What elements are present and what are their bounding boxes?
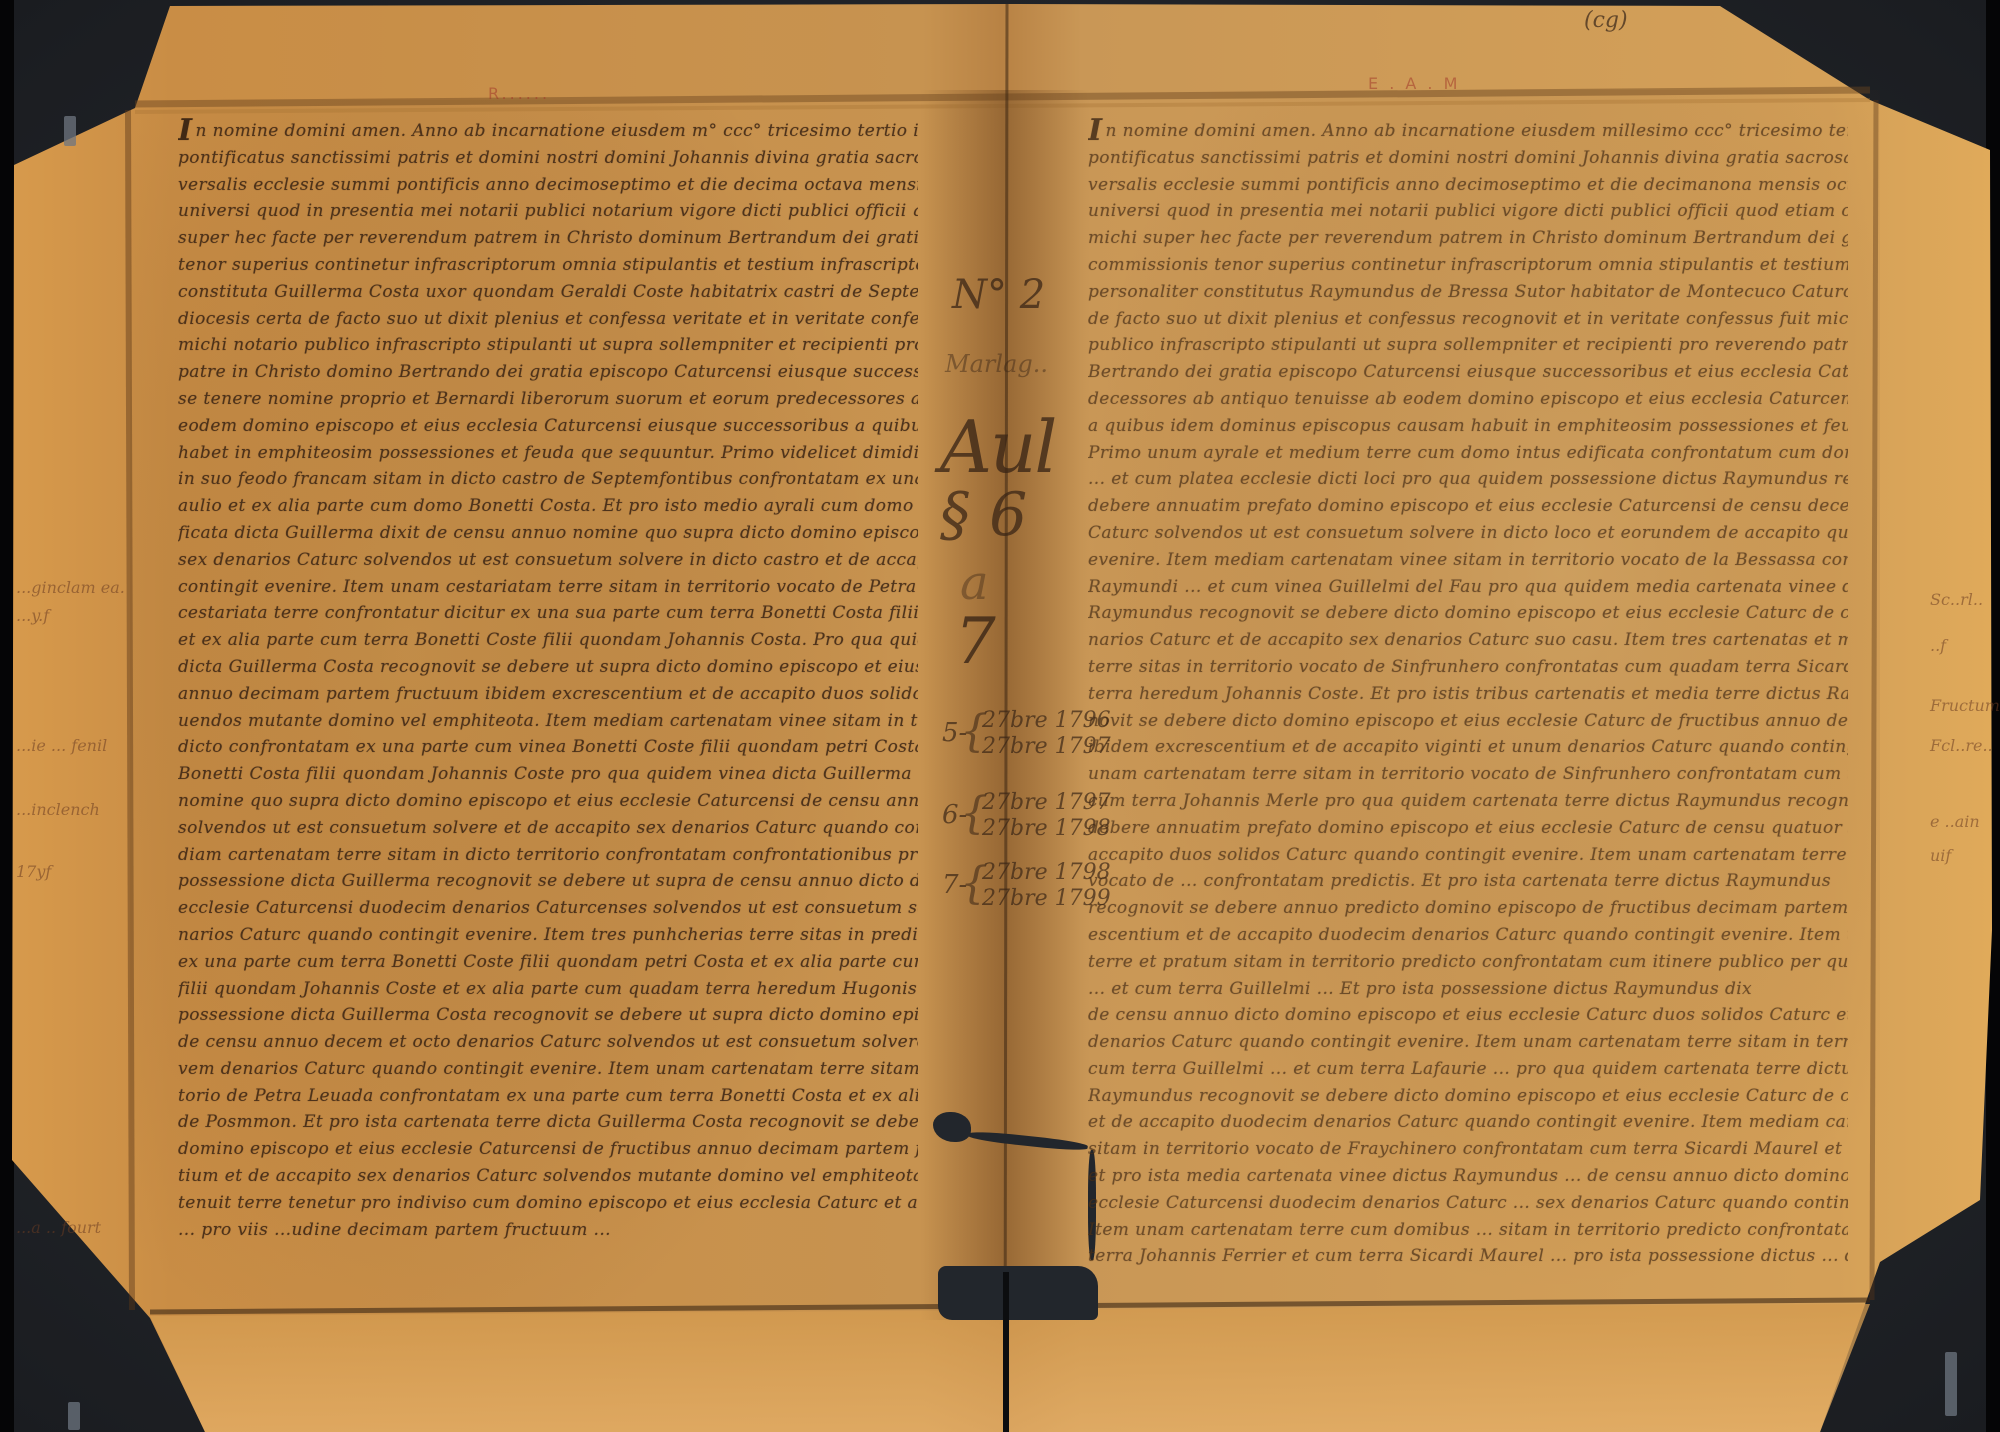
manuscript-line-text: super hec facte per reverendum patrem in…: [178, 228, 918, 248]
manuscript-line-text: nomine quo supra dicto domino episcopo e…: [178, 791, 918, 811]
manuscript-line: ecclesie Caturcensi duodecim denarios Ca…: [178, 895, 918, 922]
manuscript-line: possessione dicta Guillerma recognovit s…: [178, 868, 918, 895]
manuscript-line-text: sitam in territorio vocato de Fraychiner…: [1088, 1139, 1848, 1159]
manuscript-line-text: universi quod in presentia mei notarii p…: [178, 201, 918, 221]
manuscript-line: vem denarios Caturc quando contingit eve…: [178, 1056, 918, 1083]
decorated-initial: I: [178, 118, 192, 145]
manuscript-line-text: cum terra Guillelmi ... et cum terra Laf…: [1088, 1059, 1848, 1079]
manuscript-line: ... pro viis ...udine decimam partem fru…: [178, 1217, 918, 1244]
manuscript-line: Caturc solvendos ut est consuetum solver…: [1088, 520, 1848, 547]
red-archive-stamp-right: E . A . M: [1368, 74, 1460, 93]
decorated-initial: I: [1088, 118, 1102, 145]
manuscript-line-text: constituta Guillerma Costa uxor quondam …: [178, 282, 918, 302]
manuscript-line-text: recognovit se debere annuo predicto domi…: [1088, 898, 1848, 918]
manuscript-line-text: possessione dicta Guillerma recognovit s…: [178, 871, 918, 891]
manuscript-line-text: debere annuatim prefato domino episcopo …: [1088, 818, 1848, 838]
manuscript-line-text: cestariata terre confrontatur dicitur ex…: [178, 603, 918, 623]
gutter-date-range-6: 6- { 27bre 1797 27bre 1798: [942, 790, 1111, 842]
manuscript-line: decessores ab antiquo tenuisse ab eodem …: [1088, 386, 1848, 413]
manuscript-line-text: commissionis tenor superius continetur i…: [1088, 255, 1848, 275]
manuscript-line: torio de Petra Leuada confrontatam ex un…: [178, 1083, 918, 1110]
manuscript-line: tenor superius continetur infrascriptoru…: [178, 252, 918, 279]
gutter-large-mark: Aul: [940, 405, 1055, 489]
manuscript-line: patre in Christo domino Bertrando dei gr…: [178, 359, 918, 386]
manuscript-line: ex una parte cum terra Bonetti Coste fil…: [178, 949, 918, 976]
manuscript-line-text: personaliter constitutus Raymundus de Br…: [1088, 282, 1848, 302]
manuscript-line-text: contingit evenire. Item unam cestariatam…: [178, 577, 918, 597]
margin-note: 17yf: [16, 862, 51, 881]
manuscript-line: Primo unum ayrale et medium terre cum do…: [1088, 440, 1848, 467]
scan-calibration-mark-left-bottom: [68, 1402, 80, 1430]
manuscript-line: unam cartenatam terre sitam in territori…: [1088, 761, 1848, 788]
manuscript-line-text: et ex alia parte cum terra Bonetti Coste…: [178, 630, 918, 650]
manuscript-line: annuo decimam partem fructuum ibidem exc…: [178, 681, 918, 708]
manuscript-line-text: annuo decimam partem fructuum ibidem exc…: [178, 684, 918, 704]
margin-note: Sc..rl..: [1930, 590, 1983, 609]
gutter-small-mark: a: [960, 555, 989, 611]
manuscript-line: vocato de ... confrontatam predictis. Et…: [1088, 868, 1848, 895]
manuscript-line: a quibus idem dominus episcopus causam h…: [1088, 413, 1848, 440]
margin-note: e ..ain: [1930, 812, 1980, 831]
manuscript-line-text: solvendos ut est consuetum solvere et de…: [178, 818, 918, 838]
manuscript-line: nomine quo supra dicto domino episcopo e…: [178, 788, 918, 815]
margin-note: ..f: [1930, 636, 1946, 655]
manuscript-line-text: diam cartenatam terre sitam in dicto ter…: [178, 845, 918, 865]
manuscript-line-text: sex denarios Caturc solvendos ut est con…: [178, 550, 918, 570]
gutter-date-range-5: 5- { 27bre 1796 27bre 1797: [942, 708, 1111, 760]
manuscript-line: de Posmmon. Et pro ista cartenata terre …: [178, 1109, 918, 1136]
manuscript-line-text: ficata dicta Guillerma dixit de censu an…: [178, 523, 918, 543]
manuscript-line-text: Bonetti Costa filii quondam Johannis Cos…: [178, 764, 918, 784]
manuscript-line: possessione dicta Guillerma Costa recogn…: [178, 1002, 918, 1029]
manuscript-line: pontificatus sanctissimi patris et domin…: [178, 145, 918, 172]
manuscript-line-text: n nomine domini amen. Anno ab incarnatio…: [195, 121, 918, 141]
manuscript-line: ... et cum terra Guillelmi ... Et pro is…: [1088, 976, 1848, 1003]
manuscript-line-text: evenire. Item mediam cartenatam vinee si…: [1088, 550, 1848, 570]
manuscript-line: pontificatus sanctissimi patris et domin…: [1088, 145, 1848, 172]
manuscript-line-text: ecclesie Caturcensi duodecim denarios Ca…: [178, 898, 918, 918]
manuscript-line: et ex alia parte cum terra Bonetti Coste…: [178, 627, 918, 654]
manuscript-line-text: terra Johannis Ferrier et cum terra Sica…: [1088, 1246, 1848, 1266]
manuscript-line-text: tenuit terre tenetur pro indiviso cum do…: [178, 1193, 918, 1213]
curly-brace-glyph: {: [960, 710, 988, 754]
manuscript-line: commissionis tenor superius continetur i…: [1088, 252, 1848, 279]
fold-gap-lower: [1003, 1272, 1009, 1432]
manuscript-line: novit se debere dicto domino episcopo et…: [1088, 708, 1848, 735]
scan-calibration-mark-left-top: [64, 116, 76, 146]
manuscript-line-text: de censu annuo decem et octo denarios Ca…: [178, 1032, 918, 1052]
gutter-date-range-7: 7- { 27bre 1798 27bre 1799: [942, 860, 1111, 912]
manuscript-line: versalis ecclesie summi pontificis anno …: [1088, 172, 1848, 199]
manuscript-line-text: dicto confrontatam ex una parte cum vine…: [178, 737, 918, 757]
manuscript-line-text: diocesis certa de facto suo ut dixit ple…: [178, 309, 918, 329]
manuscript-line: narios Caturc quando contingit evenire. …: [178, 922, 918, 949]
manuscript-line: Bertrando dei gratia episcopo Caturcensi…: [1088, 359, 1848, 386]
manuscript-line: Item unam cartenatam terre cum domibus .…: [1088, 1217, 1848, 1244]
left-page-text-block: In nomine domini amen. Anno ab incarnati…: [178, 118, 918, 1318]
manuscript-line-text: a quibus idem dominus episcopus causam h…: [1088, 416, 1848, 436]
manuscript-line: versalis ecclesie summi pontificis anno …: [178, 172, 918, 199]
manuscript-line-text: narios Caturc quando contingit evenire. …: [178, 925, 918, 945]
manuscript-line-text: tium et de accapito sex denarios Caturc …: [178, 1166, 918, 1186]
manuscript-line: uendos mutante domino vel emphiteota. It…: [178, 708, 918, 735]
manuscript-line-text: dicta Guillerma Costa recognovit se debe…: [178, 657, 918, 677]
manuscript-line: narios Caturc et de accapito sex denario…: [1088, 627, 1848, 654]
manuscript-line: diam cartenatam terre sitam in dicto ter…: [178, 842, 918, 869]
manuscript-line: et de accapito duodecim denarios Caturc …: [1088, 1109, 1848, 1136]
margin-note: ...ginclam ea.: [16, 578, 125, 597]
gutter-item-seven: 7: [955, 605, 996, 679]
manuscript-line: super hec facte per reverendum patrem in…: [178, 225, 918, 252]
manuscript-line-text: novit se debere dicto domino episcopo et…: [1088, 711, 1848, 731]
manuscript-line-text: ex una parte cum terra Bonetti Coste fil…: [178, 952, 918, 972]
manuscript-line-text: universi quod in presentia mei notarii p…: [1088, 201, 1848, 221]
manuscript-line-text: vocato de ... confrontatam predictis. Et…: [1088, 871, 1831, 891]
manuscript-line-text: accapito duos solidos Caturc quando cont…: [1088, 845, 1848, 865]
manuscript-line: In nomine domini amen. Anno ab incarnati…: [1088, 118, 1848, 145]
manuscript-line: de facto suo ut dixit plenius et confess…: [1088, 306, 1848, 333]
manuscript-line-text: Raymundus recognovit se debere dicto dom…: [1088, 1086, 1848, 1106]
manuscript-line-text: ... et cum terra Guillelmi ... Et pro is…: [1088, 979, 1752, 999]
manuscript-line: in suo feodo francam sitam in dicto cast…: [178, 466, 918, 493]
manuscript-line-text: ibidem excrescentium et de accapito vigi…: [1088, 737, 1848, 757]
manuscript-line: diocesis certa de facto suo ut dixit ple…: [178, 306, 918, 333]
manuscript-line: cum terra Guillelmi ... et cum terra Laf…: [1088, 1056, 1848, 1083]
parchment-hole-lower: [938, 1266, 1098, 1320]
manuscript-line: se tenere nomine proprio et Bernardi lib…: [178, 386, 918, 413]
manuscript-line-text: versalis ecclesie summi pontificis anno …: [1088, 175, 1848, 195]
margin-note: ...inclench: [16, 800, 100, 819]
manuscript-line: publico infrascripto stipulanti ut supra…: [1088, 332, 1848, 359]
gutter-number-label: N° 2: [952, 272, 1045, 318]
manuscript-line: Raymundi ... et cum vinea Guillelmi del …: [1088, 574, 1848, 601]
manuscript-line: de censu annuo decem et octo denarios Ca…: [178, 1029, 918, 1056]
manuscript-line: contingit evenire. Item unam cestariatam…: [178, 574, 918, 601]
curly-brace-glyph: {: [960, 792, 988, 836]
manuscript-line: accapito duos solidos Caturc quando cont…: [1088, 842, 1848, 869]
manuscript-line-text: de censu annuo dicto domino episcopo et …: [1088, 1005, 1848, 1025]
manuscript-line: terra heredum Johannis Coste. Et pro ist…: [1088, 681, 1848, 708]
manuscript-line: Bonetti Costa filii quondam Johannis Cos…: [178, 761, 918, 788]
manuscript-line-text: domino episcopo et eius ecclesie Caturce…: [178, 1139, 918, 1159]
scan-calibration-mark-right-bottom: [1945, 1352, 1957, 1416]
manuscript-line-text: de facto suo ut dixit plenius et confess…: [1088, 309, 1848, 329]
manuscript-line-text: narios Caturc et de accapito sex denario…: [1088, 630, 1848, 650]
manuscript-line-text: Bertrando dei gratia episcopo Caturcensi…: [1088, 362, 1848, 382]
manuscript-line: debere annuatim prefato domino episcopo …: [1088, 815, 1848, 842]
manuscript-line-text: tenor superius continetur infrascriptoru…: [178, 255, 918, 275]
manuscript-line: Raymundus recognovit se debere dicto dom…: [1088, 1083, 1848, 1110]
manuscript-line: sitam in territorio vocato de Fraychiner…: [1088, 1136, 1848, 1163]
manuscript-line: tium et de accapito sex denarios Caturc …: [178, 1163, 918, 1190]
manuscript-line-text: filii quondam Johannis Coste et ex alia …: [178, 979, 918, 999]
gutter-item-six: § 6: [940, 480, 1027, 550]
manuscript-line: tenuit terre tenetur pro indiviso cum do…: [178, 1190, 918, 1217]
manuscript-line-text: vem denarios Caturc quando contingit eve…: [178, 1059, 918, 1079]
manuscript-line-text: escentium et de accapito duodecim denari…: [1088, 925, 1848, 945]
manuscript-line-text: aulio et ex alia parte cum domo Bonetti …: [178, 496, 918, 516]
gutter-faint-word: Marlag..: [945, 350, 1048, 378]
manuscript-line: cestariata terre confrontatur dicitur ex…: [178, 600, 918, 627]
manuscript-line-text: debere annuatim prefato domino episcopo …: [1088, 496, 1848, 516]
manuscript-line: universi quod in presentia mei notarii p…: [1088, 198, 1848, 225]
manuscript-line-text: terre sitas in territorio vocato de Sinf…: [1088, 657, 1848, 677]
manuscript-line: solvendos ut est consuetum solvere et de…: [178, 815, 918, 842]
manuscript-line-text: in suo feodo francam sitam in dicto cast…: [178, 469, 918, 489]
folio-number: (cg): [1584, 8, 1628, 33]
manuscript-line: cum terra Johannis Merle pro qua quidem …: [1088, 788, 1848, 815]
margin-note: uif: [1930, 846, 1951, 865]
manuscript-line-text: terre et pratum sitam in territorio pred…: [1088, 952, 1848, 972]
red-archive-stamp-left: R......: [488, 84, 550, 103]
manuscript-line: terra Johannis Ferrier et cum terra Sica…: [1088, 1243, 1848, 1270]
margin-note: ...ie ... fenil: [16, 736, 107, 755]
manuscript-line-text: michi super hec facte per reverendum pat…: [1088, 228, 1848, 248]
manuscript-line: dicto confrontatam ex una parte cum vine…: [178, 734, 918, 761]
manuscript-line-text: et pro ista media cartenata vinee dictus…: [1088, 1166, 1848, 1186]
manuscript-line-text: ecclesie Caturcensi duodecim denarios Ca…: [1088, 1193, 1848, 1213]
manuscript-line-text: versalis ecclesie summi pontificis anno …: [178, 175, 918, 195]
manuscript-line-text: ... et cum platea ecclesie dicti loci pr…: [1088, 469, 1848, 489]
manuscript-line: habet in emphiteosim possessiones et feu…: [178, 440, 918, 467]
manuscript-line-text: n nomine domini amen. Anno ab incarnatio…: [1105, 121, 1848, 141]
manuscript-line: constituta Guillerma Costa uxor quondam …: [178, 279, 918, 306]
manuscript-line: In nomine domini amen. Anno ab incarnati…: [178, 118, 918, 145]
manuscript-line: ibidem excrescentium et de accapito vigi…: [1088, 734, 1848, 761]
manuscript-line: terre et pratum sitam in territorio pred…: [1088, 949, 1848, 976]
margin-note: ...y.f: [16, 606, 49, 625]
manuscript-line-text: eodem domino episcopo et eius ecclesia C…: [178, 416, 918, 436]
manuscript-line: ficata dicta Guillerma dixit de censu an…: [178, 520, 918, 547]
manuscript-line: universi quod in presentia mei notarii p…: [178, 198, 918, 225]
manuscript-line-text: torio de Petra Leuada confrontatam ex un…: [178, 1086, 918, 1106]
manuscript-line-text: unam cartenatam terre sitam in territori…: [1088, 764, 1848, 784]
manuscript-line: terre sitas in territorio vocato de Sinf…: [1088, 654, 1848, 681]
manuscript-line-text: denarios Caturc quando contingit evenire…: [1088, 1032, 1848, 1052]
manuscript-line: dicta Guillerma Costa recognovit se debe…: [178, 654, 918, 681]
manuscript-line: michi notario publico infrascripto stipu…: [178, 332, 918, 359]
manuscript-line-text: possessione dicta Guillerma Costa recogn…: [178, 1005, 918, 1025]
manuscript-line-text: Item unam cartenatam terre cum domibus .…: [1088, 1220, 1848, 1240]
manuscript-line: denarios Caturc quando contingit evenire…: [1088, 1029, 1848, 1056]
manuscript-line-text: patre in Christo domino Bertrando dei gr…: [178, 362, 918, 382]
manuscript-line-text: terra heredum Johannis Coste. Et pro ist…: [1088, 684, 1848, 704]
manuscript-line-text: Raymundus recognovit se debere dicto dom…: [1088, 603, 1848, 623]
manuscript-line-text: michi notario publico infrascripto stipu…: [178, 335, 918, 355]
manuscript-line-text: pontificatus sanctissimi patris et domin…: [178, 148, 918, 168]
manuscript-line-text: pontificatus sanctissimi patris et domin…: [1088, 148, 1848, 168]
margin-note: ...a .. fourt: [16, 1218, 101, 1237]
manuscript-line: escentium et de accapito duodecim denari…: [1088, 922, 1848, 949]
manuscript-line: ... et cum platea ecclesie dicti loci pr…: [1088, 466, 1848, 493]
manuscript-line-text: Raymundi ... et cum vinea Guillelmi del …: [1088, 577, 1848, 597]
margin-note: Fructum..: [1930, 696, 2000, 715]
manuscript-line: personaliter constitutus Raymundus de Br…: [1088, 279, 1848, 306]
curly-brace-glyph: {: [960, 862, 988, 906]
manuscript-line-text: Caturc solvendos ut est consuetum solver…: [1088, 523, 1848, 543]
manuscript-line: Raymundus recognovit se debere dicto dom…: [1088, 600, 1848, 627]
manuscript-line: evenire. Item mediam cartenatam vinee si…: [1088, 547, 1848, 574]
manuscript-line: domino episcopo et eius ecclesie Caturce…: [178, 1136, 918, 1163]
manuscript-line: recognovit se debere annuo predicto domi…: [1088, 895, 1848, 922]
manuscript-line-text: Primo unum ayrale et medium terre cum do…: [1088, 443, 1848, 463]
manuscript-line: debere annuatim prefato domino episcopo …: [1088, 493, 1848, 520]
manuscript-line-text: se tenere nomine proprio et Bernardi lib…: [178, 389, 918, 409]
manuscript-line: michi super hec facte per reverendum pat…: [1088, 225, 1848, 252]
manuscript-line: de censu annuo dicto domino episcopo et …: [1088, 1002, 1848, 1029]
manuscript-line-text: ... pro viis ...udine decimam partem fru…: [178, 1220, 611, 1240]
manuscript-line: ecclesie Caturcensi duodecim denarios Ca…: [1088, 1190, 1848, 1217]
manuscript-line: filii quondam Johannis Coste et ex alia …: [178, 976, 918, 1003]
manuscript-line: sex denarios Caturc solvendos ut est con…: [178, 547, 918, 574]
manuscript-line: et pro ista media cartenata vinee dictus…: [1088, 1163, 1848, 1190]
manuscript-line-text: publico infrascripto stipulanti ut supra…: [1088, 335, 1848, 355]
manuscript-line: eodem domino episcopo et eius ecclesia C…: [178, 413, 918, 440]
manuscript-line-text: habet in emphiteosim possessiones et feu…: [178, 443, 918, 463]
manuscript-line-text: et de accapito duodecim denarios Caturc …: [1088, 1112, 1848, 1132]
manuscript-line-text: cum terra Johannis Merle pro qua quidem …: [1088, 791, 1848, 811]
manuscript-line-text: uendos mutante domino vel emphiteota. It…: [178, 711, 918, 731]
manuscript-line: aulio et ex alia parte cum domo Bonetti …: [178, 493, 918, 520]
right-page-text-block: In nomine domini amen. Anno ab incarnati…: [1088, 118, 1848, 1288]
manuscript-line-text: decessores ab antiquo tenuisse ab eodem …: [1088, 389, 1848, 409]
margin-note: Fcl..re..: [1930, 736, 1993, 755]
manuscript-line-text: de Posmmon. Et pro ista cartenata terre …: [178, 1112, 918, 1132]
